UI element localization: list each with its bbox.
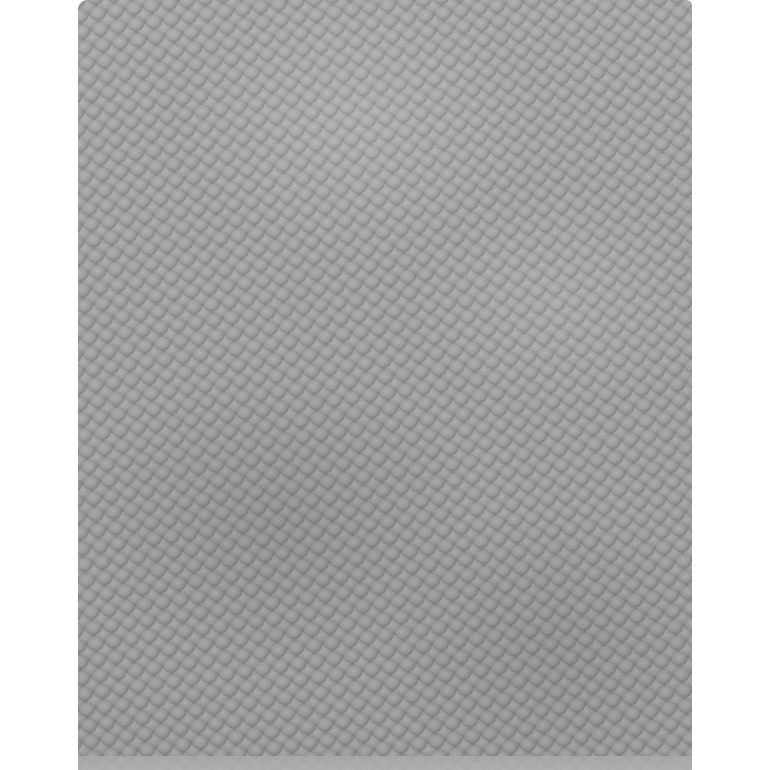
blanket-hem: [78, 756, 692, 770]
product-photo: [0, 0, 770, 770]
popcorn-texture: [78, 0, 692, 770]
gray-blanket: [78, 0, 692, 770]
